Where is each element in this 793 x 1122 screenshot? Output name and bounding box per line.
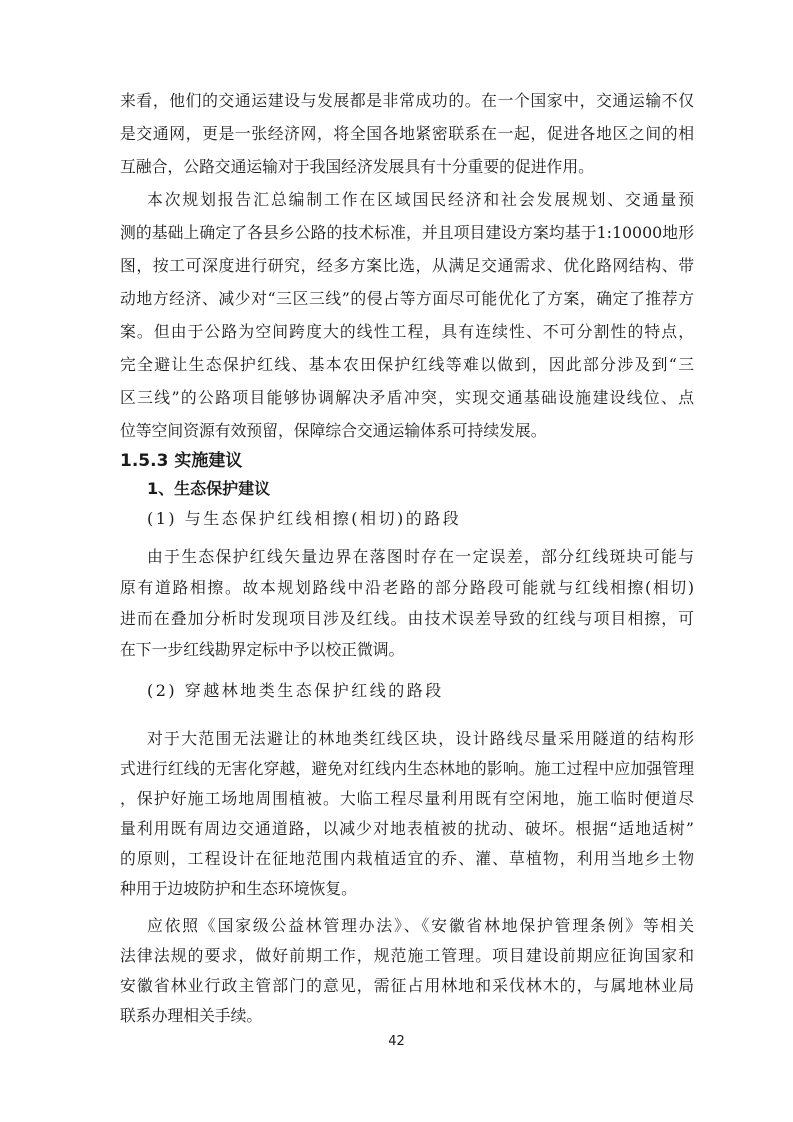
text-line: 是交通网，更是一张经济网，将全国各地紧密联系在一起，促进各地区之间的相 <box>120 117 694 150</box>
text-line: 区三线”的公路项目能够协调解决矛盾冲突，实现交通基础设施建设线位、点 <box>120 381 694 414</box>
text-line: 量利用既有周边交通道路，以减少对地表植被的扰动、破坏。根据“适地适树” <box>120 814 694 844</box>
text-line: 案。但由于公路为空间跨度大的线性工程，具有连续性、不可分割性的特点， <box>120 315 694 348</box>
text-line: 联系办理相关手续。 <box>120 1001 694 1031</box>
text-line: 应依照《国家级公益林管理办法》、《安徽省林地保护管理条例》等相关 <box>120 911 694 941</box>
text-line: 式进行红线的无害化穿越，避免对红线内生态林地的影响。施工过程中应加强管理 <box>120 754 694 784</box>
text-line: 互融合，公路交通运输对于我国经济发展具有十分重要的促进作用。 <box>120 150 694 183</box>
paragraph: 对于大范围无法避让的林地类红线区块，设计路线尽量采用隧道的结构形式进行红线的无害… <box>120 724 694 904</box>
text-line: 种用于边坡防护和生态环境恢复。 <box>120 874 694 904</box>
text-line: 对于大范围无法避让的林地类红线区块，设计路线尽量采用隧道的结构形 <box>120 724 694 754</box>
heading-item: (2) 穿越林地类生态保护红线的路段 <box>120 677 694 705</box>
text-line: 图，按工可深度进行研究，经多方案比选，从满足交通需求、优化路网结构、带 <box>120 249 694 282</box>
text-line: 位等空间资源有效预留，保障综合交通运输体系可持续发展。 <box>120 414 694 447</box>
paragraph: 应依照《国家级公益林管理办法》、《安徽省林地保护管理条例》等相关法律法规的要求，… <box>120 911 694 1031</box>
text-line: 动地方经济、减少对“三区三线”的侵占等方面尽可能优化了方案，确定了推荐方 <box>120 282 694 315</box>
document-body: 来看，他们的交通运建设与发展都是非常成功的。在一个国家中，交通运输不仅是交通网，… <box>120 84 694 1031</box>
heading-section: 1.5.3 实施建议 <box>120 447 694 475</box>
text-line: 的原则，工程设计在征地范围内栽植适宜的乔、灌、草植物，利用当地乡土物 <box>120 844 694 874</box>
text-line: 在下一步红线勘界定标中予以校正微调。 <box>120 634 694 665</box>
text-line: 法律法规的要求，做好前期工作，规范施工管理。项目建设前期应征询国家和 <box>120 941 694 971</box>
text-line: 安徽省林业行政主管部门的意见，需征占用林地和采伐林木的，与属地林业局 <box>120 971 694 1001</box>
text-line: 测的基础上确定了各县乡公路的技术标准，并且项目建设方案均基于1:10000地形 <box>120 216 694 249</box>
text-line: 完全避让生态保护红线、基本农田保护红线等难以做到，因此部分涉及到“三 <box>120 348 694 381</box>
page-number: 42 <box>0 1034 793 1049</box>
text-line: 由于生态保护红线矢量边界在落图时存在一定误差，部分红线斑块可能与 <box>120 541 694 572</box>
paragraph: 本次规划报告汇总编制工作在区域国民经济和社会发展规划、交通量预测的基础上确定了各… <box>120 183 694 447</box>
document-page: 来看，他们的交通运建设与发展都是非常成功的。在一个国家中，交通运输不仅是交通网，… <box>0 0 793 1122</box>
text-line: ，保护好施工场地周围植被。大临工程尽量利用既有空闲地，施工临时便道尽 <box>120 784 694 814</box>
paragraph: 来看，他们的交通运建设与发展都是非常成功的。在一个国家中，交通运输不仅是交通网，… <box>120 84 694 183</box>
paragraph: 由于生态保护红线矢量边界在落图时存在一定误差，部分红线斑块可能与原有道路相擦。故… <box>120 541 694 665</box>
heading-item: (1) 与生态保护红线相擦(相切)的路段 <box>120 505 694 533</box>
text-line: 本次规划报告汇总编制工作在区域国民经济和社会发展规划、交通量预 <box>120 183 694 216</box>
text-line: 原有道路相擦。故本规划路线中沿老路的部分路段可能就与红线相擦(相切) <box>120 572 694 603</box>
text-line: 来看，他们的交通运建设与发展都是非常成功的。在一个国家中，交通运输不仅 <box>120 84 694 117</box>
heading-sub: 1、生态保护建议 <box>120 475 694 503</box>
text-line: 进而在叠加分析时发现项目涉及红线。由技术误差导致的红线与项目相擦，可 <box>120 603 694 634</box>
